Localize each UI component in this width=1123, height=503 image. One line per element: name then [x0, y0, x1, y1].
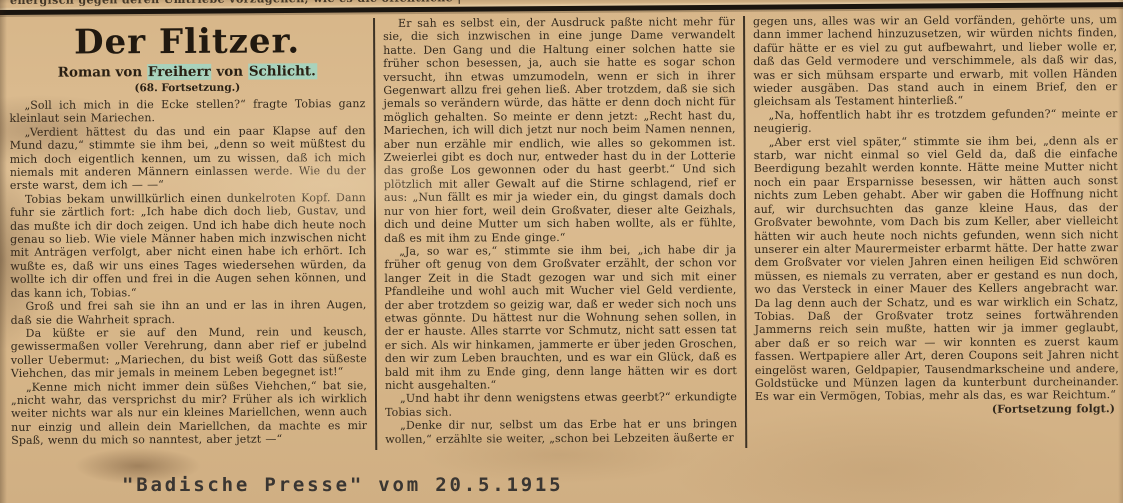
- paragraph: „Denke dir nur, selbst um das Erbe hat e…: [385, 417, 737, 446]
- paragraph: „Aber erst viel später,“ stimmte sie ihm…: [754, 134, 1119, 404]
- column-1: Der Flitzer. Roman von Freiherr von Schl…: [7, 16, 375, 458]
- source-caption: "Badische Presse" vom 20.5.1915: [122, 474, 563, 496]
- paragraph: Groß und frei sah sie ihn an und er las …: [10, 298, 366, 327]
- byline-prefix: Roman von: [58, 64, 147, 80]
- paragraph: gegen uns, alles was wir an Geld vorfänd…: [753, 13, 1117, 109]
- paragraph: „Ja, so war es,“ stimmte sie ihm bei, „i…: [384, 243, 737, 392]
- paragraph: „Verdient hättest du das und ein paar Kl…: [10, 124, 366, 193]
- newspaper-scan: energisch gegen deren Umtriebe vorzugehe…: [0, 0, 1123, 503]
- column-1-text: „Soll ich mich in die Ecke stellen?“ fra…: [9, 97, 367, 447]
- byline-middle: von: [212, 64, 248, 80]
- article-byline: Roman von Freiherr von Schlicht.: [9, 63, 365, 81]
- column-3-text: gegen uns, alles was wir an Geld vorfänd…: [753, 13, 1119, 417]
- paragraph: Er sah es selbst ein, der Ausdruck paßte…: [383, 15, 736, 245]
- paragraph: „Kenne mich nicht immer dein süßes Viehc…: [11, 379, 367, 448]
- paragraph: Tobias bekam unwillkürlich einen dunkelr…: [10, 191, 367, 300]
- paragraph: Da küßte er sie auf den Mund, rein und k…: [11, 325, 367, 380]
- byline-highlight-freiherr: Freiherr: [147, 64, 212, 80]
- continuation-note: (Fortsetzung folgt.): [755, 402, 1119, 417]
- paragraph: „Na, hoffentlich habt ihr es trotzdem ge…: [753, 107, 1117, 136]
- column-3: gegen uns, alles was wir an Geld vorfänd…: [745, 12, 1121, 454]
- paragraph: „Und habt ihr denn wenigstens etwas geer…: [385, 390, 737, 419]
- article-title: Der Flitzer.: [9, 22, 365, 62]
- column-2-text: Er sah es selbst ein, der Ausdruck paßte…: [383, 15, 737, 446]
- column-2: Er sah es selbst ein, der Ausdruck paßte…: [375, 14, 745, 456]
- article-columns: Der Flitzer. Roman von Freiherr von Schl…: [7, 12, 1121, 458]
- paragraph: „Soll ich mich in die Ecke stellen?“ fra…: [9, 97, 365, 126]
- installment-number: (68. Fortsetzung.): [9, 81, 365, 95]
- byline-highlight-schlicht: Schlicht.: [248, 63, 317, 79]
